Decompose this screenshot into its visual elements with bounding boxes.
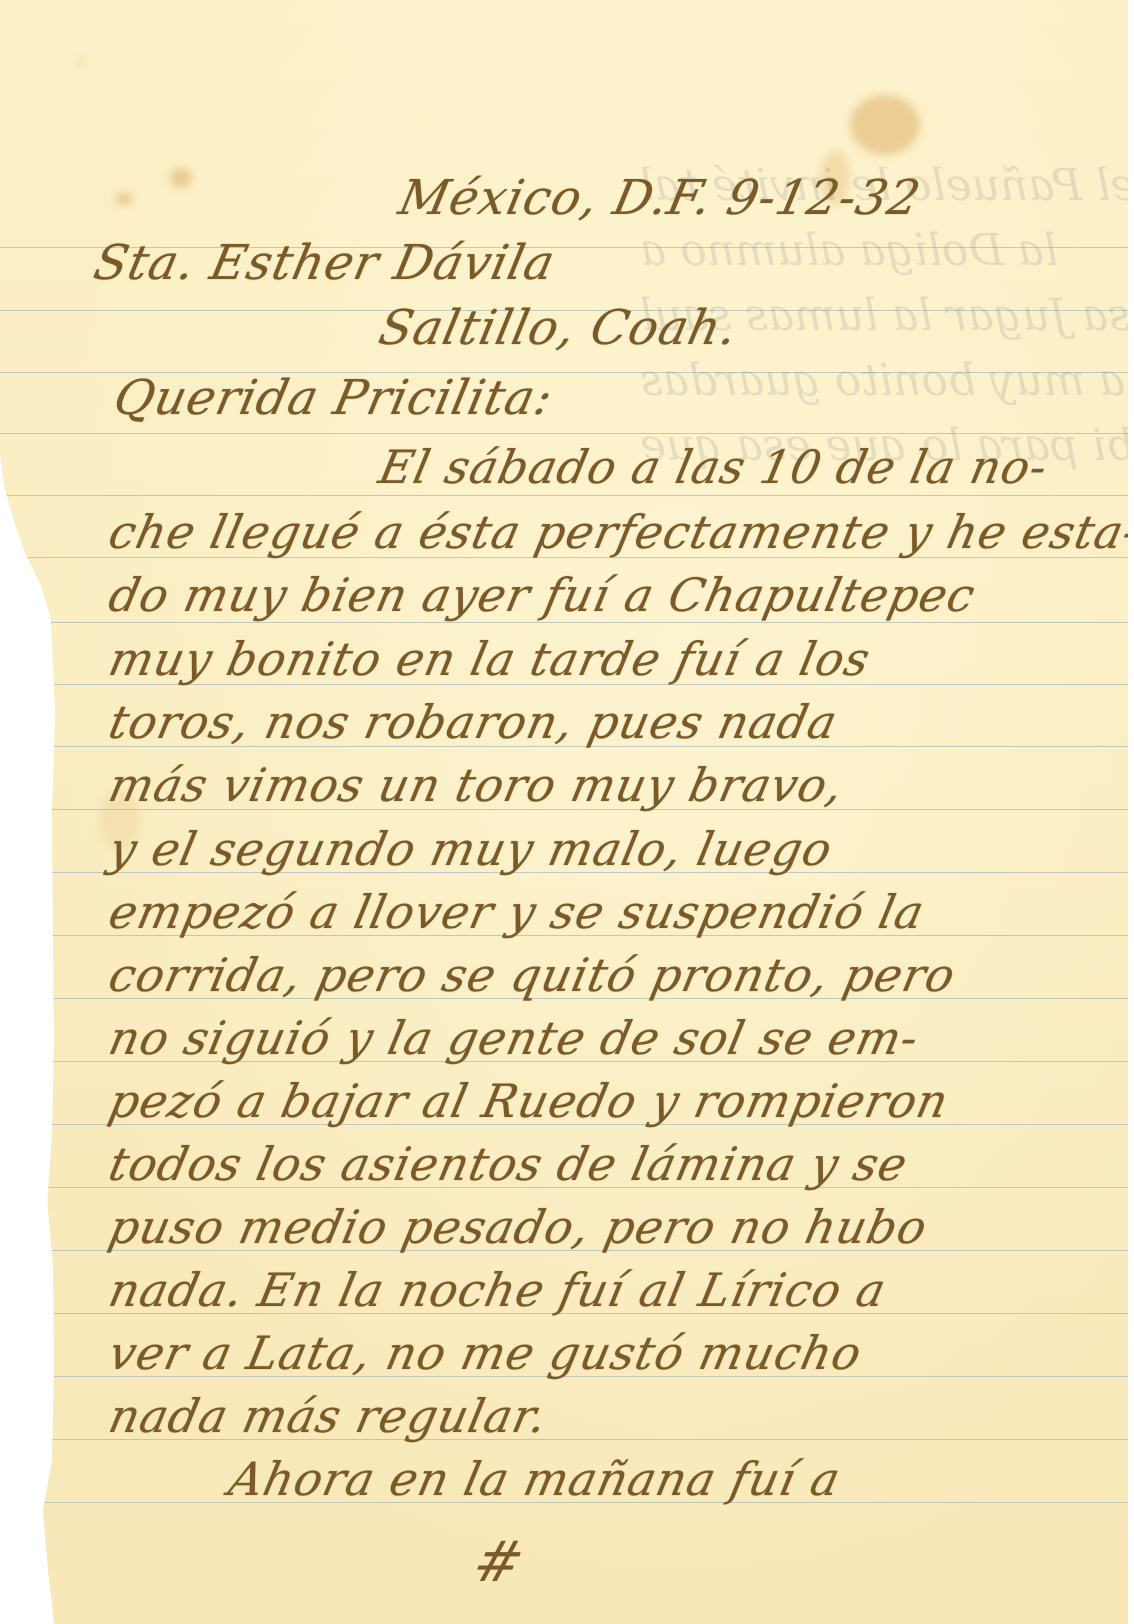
paper-stain <box>115 193 133 205</box>
lined-paper-sheet: el Pañuelo le invité tal la Doliga alumn… <box>0 0 1128 1624</box>
paper-stain <box>850 95 920 155</box>
paper-stain <box>170 168 192 188</box>
paper-stain <box>78 60 84 65</box>
letter-body-line: do muy bien ayer fuí a Chapultepec <box>104 568 980 622</box>
letter-body-line: más vimos un toro muy bravo, <box>104 758 848 812</box>
letter-body-line: nada más regular. <box>104 1389 552 1443</box>
letter-body-line: no siguió y la gente de sol se em- <box>104 1011 924 1065</box>
letter-body-line: pezó a bajar al Ruedo y rompieron <box>104 1074 954 1128</box>
reverse-side-bleedthrough: dilmina muy bonito guardas <box>640 355 1134 406</box>
reverse-side-bleedthrough: la Doliga alumno a <box>640 225 1058 276</box>
place-and-date: México, D.F. 9-12-32 <box>394 170 926 226</box>
letter-body-line: Ahora en la mañana fuí a <box>224 1452 845 1506</box>
continuation-mark: # <box>466 1530 532 1595</box>
salutation: Querida Pricilita: <box>109 370 558 426</box>
letter-body-line: El sábado a las 10 de la no- <box>374 440 1053 494</box>
letter-body-line: muy bonito en la tarde fuí a los <box>104 632 875 686</box>
letter-body-line: ver a Lata, no me gustó mucho <box>104 1326 867 1380</box>
letter-body-line: che llegué a ésta perfectamente y he est… <box>104 505 1134 559</box>
letter-body-line: toros, nos robaron, pues nada <box>104 695 842 749</box>
letter-body-line: nada. En la noche fuí al Lírico a <box>104 1263 891 1317</box>
letter-body-line: todos los asientos de lámina y se <box>104 1137 913 1191</box>
letter-body-line: y el segundo muy malo, luego <box>104 822 837 876</box>
ruled-line <box>0 622 1128 623</box>
letter-body-line: puso medio pesado, pero no hubo <box>104 1200 932 1254</box>
scanned-letter: el Pañuelo le invité tal la Doliga alumn… <box>0 0 1134 1624</box>
ruled-line <box>0 495 1128 496</box>
recipient-city: Saltillo, Coah. <box>374 300 743 356</box>
recipient-name: Sta. Esther Dávila <box>89 235 560 291</box>
letter-body-line: empezó a llover y se suspendió la <box>104 885 929 939</box>
letter-body-line: corrida, pero se quitó pronto, pero <box>104 948 960 1002</box>
